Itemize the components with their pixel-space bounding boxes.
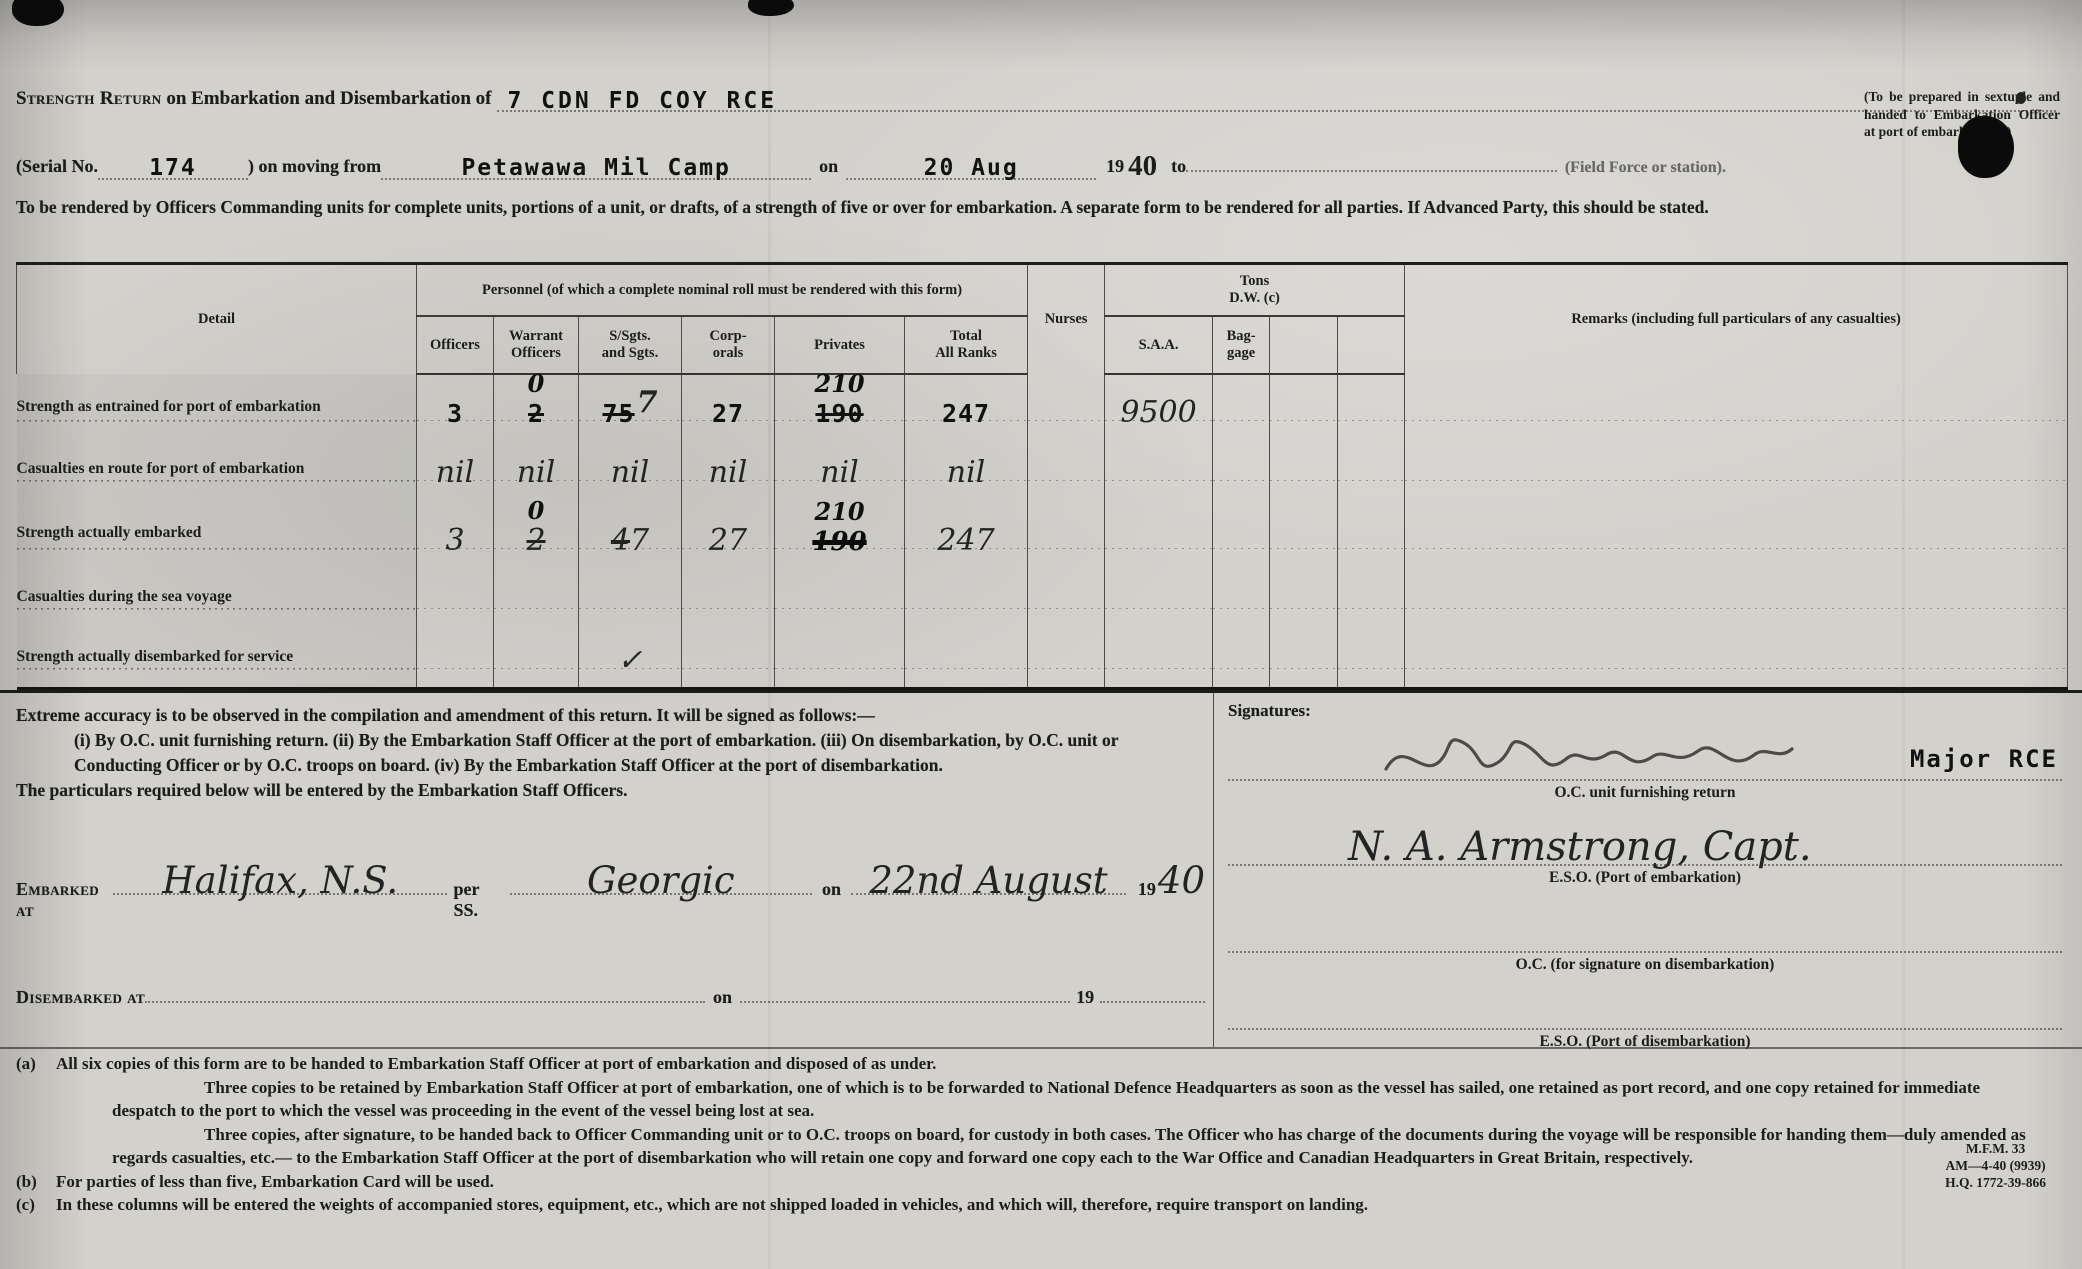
signatures-panel: Signatures: Major RCEO.C. unit furnishin…	[1213, 693, 2082, 1047]
col-header-saa: S.A.A.	[1105, 316, 1213, 374]
cell-nurses	[1028, 567, 1105, 627]
cell-privates: 210190	[775, 374, 905, 439]
signature-row: E.S.O. (Port of disembarkation)	[1228, 976, 2062, 1051]
cell-ssgts: nil	[579, 439, 682, 499]
main-value: 3	[445, 523, 464, 558]
accuracy-instructions: Extreme accuracy is to be observed in th…	[16, 703, 1205, 803]
disembarked-line: Disembarked at on 19	[16, 979, 1205, 1008]
cell-officers	[417, 627, 494, 689]
cell-privates: nil	[775, 439, 905, 499]
ink-blot	[12, 0, 64, 26]
cell-nurses	[1028, 439, 1105, 499]
corrected-value: 210	[814, 501, 864, 523]
row-label: Casualties en route for port of embarkat…	[17, 439, 417, 499]
embark-year-value: 40	[1158, 871, 1205, 891]
mid-section: Extreme accuracy is to be observed in th…	[0, 690, 2082, 1049]
struck-value: 75	[603, 399, 635, 428]
cell-saa	[1105, 439, 1213, 499]
row-label: Strength as entrained for port of embark…	[17, 374, 417, 439]
cell-blank2	[1338, 374, 1405, 439]
ship-name-value: Georgic	[587, 871, 735, 891]
cell-privates: 210190	[775, 499, 905, 567]
embarked-place-field: Halifax, N.S.	[113, 867, 447, 895]
signature-line: N. A. Armstrong, Capt.	[1228, 804, 2062, 866]
cell-warrant: nil	[494, 439, 579, 499]
cell-total	[905, 627, 1028, 689]
footer-note-text: Three copies, after signature, to be han…	[112, 1125, 2026, 1168]
embarked-label: Embarked at	[16, 879, 113, 921]
row-label: Strength actually disembarked for servic…	[17, 627, 417, 689]
form-reference: AM—4-40 (9939)	[1945, 1157, 2046, 1174]
struck-value: 190	[812, 527, 866, 557]
oc-signature-scrawl	[1378, 723, 1798, 787]
signature-row: O.C. (for signature on disembarkation)	[1228, 889, 2062, 974]
embark-on-label: on	[822, 879, 841, 900]
cell-blank2	[1338, 567, 1405, 627]
main-value: nil	[517, 455, 556, 490]
cell-baggage	[1213, 439, 1270, 499]
main-value: 247	[937, 523, 994, 558]
signature-caption: E.S.O. (Port of embarkation)	[1228, 869, 2062, 887]
cell-nurses	[1028, 627, 1105, 689]
corrected-value: 0	[528, 373, 545, 395]
signature-rows: Major RCEO.C. unit furnishing returnN. A…	[1228, 723, 2062, 1051]
footer-note: (c)In these columns will be entered the …	[16, 1193, 2048, 1217]
form-header: Strength Return on Embarkation and Disem…	[16, 84, 2056, 180]
cell-warrant: 02	[494, 374, 579, 439]
cell-value: ✓	[617, 646, 642, 687]
serial-value: 174	[149, 155, 197, 181]
per-ss-label: per SS.	[453, 879, 503, 921]
cell-officers	[417, 567, 494, 627]
render-note: To be rendered by Officers Commanding un…	[16, 196, 2052, 218]
strength-table-body: Strength as entrained for port of embark…	[17, 374, 2068, 689]
cell-value: 27	[709, 526, 747, 567]
cell-blank1	[1270, 499, 1338, 567]
embarked-line: Embarked at Halifax, N.S. per SS. Georgi…	[16, 867, 1205, 921]
embark-year-prefix: 19	[1138, 879, 1156, 900]
footer-note: Three copies, after signature, to be han…	[16, 1123, 2048, 1170]
cell-corporals: 27	[682, 374, 775, 439]
eso-signature-value: N. A. Armstrong, Capt.	[1348, 824, 1812, 870]
cell-value: nil	[436, 458, 475, 499]
disembark-year-field	[1100, 979, 1205, 1003]
main-value: nil	[611, 455, 650, 490]
table-row: Strength as entrained for port of embark…	[17, 374, 2068, 439]
cell-value: 3	[445, 526, 464, 567]
scanned-form-page: Strength Return on Embarkation and Disem…	[0, 0, 2082, 1269]
cell-value: 02	[528, 399, 544, 439]
main-value: nil	[947, 455, 986, 490]
col-header-ssgts: S/Sgts. and Sgts.	[579, 316, 682, 374]
cell-privates	[775, 567, 905, 627]
footer-note-tag: (b)	[16, 1170, 56, 1194]
cell-baggage	[1213, 567, 1270, 627]
year-hand-value: 40	[1128, 150, 1157, 183]
serial-field: 174	[98, 154, 248, 180]
disembark-on-label: on	[713, 987, 732, 1008]
col-header-tons-blank-1	[1270, 316, 1338, 374]
cell-officers: nil	[417, 439, 494, 499]
cell-warrant: 02	[494, 499, 579, 567]
cell-saa	[1105, 567, 1213, 627]
superscript-value: 7	[637, 385, 658, 420]
cell-blank2	[1338, 439, 1405, 499]
form-title-label: Strength Return on Embarkation and Disem…	[16, 88, 491, 110]
footer-note-text: For parties of less than five, Embarkati…	[56, 1172, 494, 1191]
cell-value: 9500	[1120, 398, 1196, 439]
cell-value: 210190	[815, 399, 863, 439]
col-header-detail: Detail	[17, 264, 417, 375]
disembark-date-field	[740, 979, 1070, 1003]
cell-total	[905, 567, 1028, 627]
footer-notes: (a)All six copies of this form are to be…	[16, 1052, 2048, 1217]
cell-blank1	[1270, 627, 1338, 689]
cell-ssgts	[579, 567, 682, 627]
struck-value: 4	[611, 523, 630, 558]
col-header-baggage: Bag- gage	[1213, 316, 1270, 374]
footer-note-text: In these columns will be entered the wei…	[56, 1195, 1368, 1214]
cell-nurses	[1028, 374, 1105, 439]
cell-total: 247	[905, 374, 1028, 439]
cell-saa	[1105, 499, 1213, 567]
table-row: Strength actually disembarked for servic…	[17, 627, 2068, 689]
cell-blank1	[1270, 567, 1338, 627]
footer-note-tag: (c)	[16, 1193, 56, 1217]
year-prefix: 19	[1106, 156, 1124, 177]
signature-row: Major RCEO.C. unit furnishing return	[1228, 723, 2062, 802]
cell-corporals	[682, 567, 775, 627]
main-value: 27	[712, 399, 744, 428]
main-value: 9500	[1120, 395, 1196, 430]
cell-total: 247	[905, 499, 1028, 567]
cell-saa: 9500	[1105, 374, 1213, 439]
struck-value: 190	[815, 399, 863, 428]
cell-blank1	[1270, 439, 1338, 499]
cell-value: 3	[447, 399, 463, 439]
field-force-note: (Field Force or station).	[1565, 159, 1726, 177]
cell-remarks	[1405, 567, 2068, 627]
main-value: 27	[709, 523, 747, 558]
form-reference-numbers: M.F.M. 33AM—4-40 (9939)H.Q. 1772-39-866	[1945, 1140, 2046, 1191]
cell-corporals: 27	[682, 499, 775, 567]
col-header-privates: Privates	[775, 316, 905, 374]
ink-blot	[748, 0, 794, 16]
col-header-personnel: Personnel (of which a complete nominal r…	[417, 264, 1028, 317]
cell-ssgts: ✓	[579, 627, 682, 689]
footer-note-text: Three copies to be retained by Embarkati…	[112, 1078, 1980, 1121]
cell-remarks	[1405, 499, 2068, 567]
table-row: Casualties en route for port of embarkat…	[17, 439, 2068, 499]
embark-date-field: 22nd August	[851, 867, 1126, 895]
cell-value: 02	[526, 526, 545, 567]
main-value: 7	[630, 523, 649, 558]
footer-note: (a)All six copies of this form are to be…	[16, 1052, 2048, 1076]
embarked-place-value: Halifax, N.S.	[162, 871, 398, 891]
cell-ssgts: 47	[579, 499, 682, 567]
instruction-line: (i) By O.C. unit furnishing return. (ii)…	[16, 728, 1205, 778]
moving-from-field: Petawawa Mil Camp	[381, 154, 811, 180]
move-date-value: 20 Aug	[924, 155, 1019, 181]
instruction-line: Extreme accuracy is to be observed in th…	[16, 703, 1205, 728]
signatures-label: Signatures:	[1228, 701, 2062, 721]
cell-value: nil	[611, 458, 650, 499]
table-row: Casualties during the sea voyage	[17, 567, 2068, 627]
signature-line: Major RCE	[1228, 723, 2062, 781]
ink-speck	[2016, 92, 2026, 104]
form-title-line: Strength Return on Embarkation and Disem…	[16, 84, 2056, 112]
cell-value: nil	[517, 458, 556, 499]
cell-baggage	[1213, 627, 1270, 689]
cell-total: nil	[905, 439, 1028, 499]
form-reference: H.Q. 1772-39-866	[1945, 1174, 2046, 1191]
row-label: Strength actually embarked	[17, 499, 417, 567]
col-header-tons: Tons D.W. (c)	[1105, 264, 1405, 317]
cell-value: nil	[947, 458, 986, 499]
col-header-warrant-officers: Warrant Officers	[494, 316, 579, 374]
moving-from-label: ) on moving from	[248, 156, 381, 177]
cell-value: 27	[712, 399, 744, 439]
row-label: Casualties during the sea voyage	[17, 567, 417, 627]
disembarked-label: Disembarked at	[16, 987, 145, 1008]
footer-note: Three copies to be retained by Embarkati…	[16, 1076, 2048, 1123]
col-header-remarks: Remarks (including full particulars of a…	[1405, 264, 2068, 375]
signature-line	[1228, 976, 2062, 1030]
embarkation-panel: Extreme accuracy is to be observed in th…	[0, 693, 1213, 1047]
serial-label: (Serial No.	[16, 156, 98, 177]
footer-note-text: All six copies of this form are to be ha…	[56, 1054, 936, 1073]
cell-remarks	[1405, 439, 2068, 499]
embark-date-value: 22nd August	[869, 871, 1107, 891]
cell-ssgts: 757	[579, 374, 682, 439]
disembark-year-prefix: 19	[1076, 987, 1094, 1008]
strength-table: Detail Personnel (of which a complete no…	[16, 262, 2068, 690]
cell-saa	[1105, 627, 1213, 689]
to-field	[1186, 146, 1557, 172]
cell-remarks	[1405, 627, 2068, 689]
cell-value: 47	[611, 526, 649, 567]
cell-value: 247	[937, 526, 994, 567]
col-header-nurses: Nurses	[1028, 264, 1105, 375]
unit-name-field: 7 CDN FD COY RCE	[497, 84, 2056, 112]
footer-note: (b)For parties of less than five, Embark…	[16, 1170, 2048, 1194]
cell-officers: 3	[417, 374, 494, 439]
ink-blot	[1958, 116, 2014, 178]
serial-line: (Serial No. 174 ) on moving from Petawaw…	[16, 146, 2056, 180]
signature-line	[1228, 889, 2062, 953]
cell-value: nil	[820, 458, 859, 499]
cell-privates	[775, 627, 905, 689]
corrected-value: 210	[814, 373, 864, 395]
instruction-line: The particulars required below will be e…	[16, 778, 1205, 803]
cell-nurses	[1028, 499, 1105, 567]
cell-corporals: nil	[682, 439, 775, 499]
struck-value: 2	[526, 523, 545, 558]
signature-row: N. A. Armstrong, Capt.E.S.O. (Port of em…	[1228, 804, 2062, 887]
corrected-value: 0	[528, 500, 545, 522]
main-value: nil	[709, 455, 748, 490]
cell-blank1	[1270, 374, 1338, 439]
main-value: nil	[820, 455, 859, 490]
col-header-total: Total All Ranks	[905, 316, 1028, 374]
form-reference: M.F.M. 33	[1945, 1140, 2046, 1157]
cell-corporals	[682, 627, 775, 689]
main-value: nil	[436, 455, 475, 490]
col-header-corporals: Corp- orals	[682, 316, 775, 374]
cell-blank2	[1338, 627, 1405, 689]
cell-blank2	[1338, 499, 1405, 567]
unit-name-value: 7 CDN FD COY RCE	[507, 88, 777, 114]
main-value: ✓	[617, 643, 642, 678]
signature-caption: O.C. (for signature on disembarkation)	[1228, 956, 2062, 974]
cell-value: 247	[942, 399, 990, 439]
struck-value: 2	[528, 399, 544, 428]
cell-warrant	[494, 627, 579, 689]
moving-from-value: Petawawa Mil Camp	[461, 155, 730, 181]
cell-value: 757	[603, 388, 658, 439]
footer-note-tag: (a)	[16, 1052, 56, 1076]
on-label: on	[819, 156, 838, 177]
cell-warrant	[494, 567, 579, 627]
cell-value: 210190	[812, 527, 866, 567]
main-value: 247	[942, 399, 990, 428]
signature-rank-value: Major RCE	[1910, 745, 2058, 773]
cell-officers: 3	[417, 499, 494, 567]
main-value: 3	[447, 399, 463, 428]
disembarked-place-field	[145, 979, 705, 1003]
col-header-tons-blank-2	[1338, 316, 1405, 374]
signature-caption: E.S.O. (Port of disembarkation)	[1228, 1033, 2062, 1051]
move-date-field: 20 Aug	[846, 154, 1096, 180]
cell-remarks	[1405, 374, 2068, 439]
cell-baggage	[1213, 499, 1270, 567]
to-label: to	[1171, 156, 1186, 177]
cell-value: nil	[709, 458, 748, 499]
cell-baggage	[1213, 374, 1270, 439]
table-row: Strength actually embarked30247272101902…	[17, 499, 2068, 567]
ship-name-field: Georgic	[510, 867, 812, 895]
col-header-officers: Officers	[417, 316, 494, 374]
